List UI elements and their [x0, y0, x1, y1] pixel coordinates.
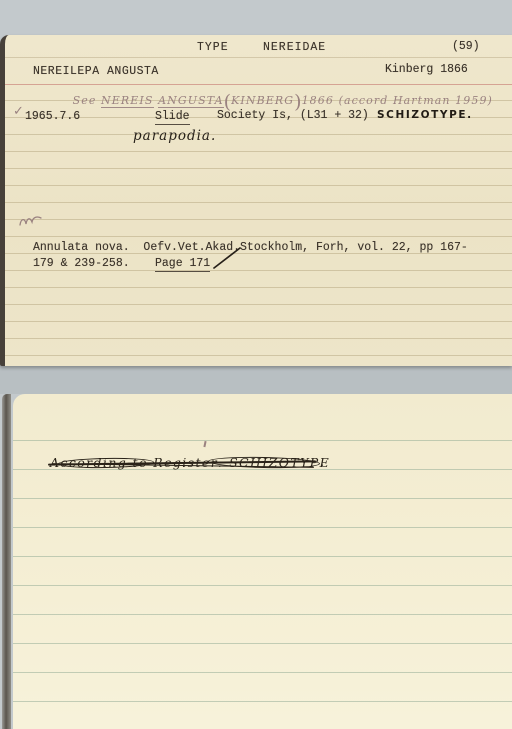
specimen-note: parapodia. [133, 128, 216, 144]
ruled-lines-back [13, 434, 512, 729]
trailing-period: . [320, 455, 324, 470]
card-gap-shadow [0, 365, 512, 394]
preparation-label: Slide [155, 110, 190, 125]
ruled-line [5, 57, 512, 58]
species-name: NEREILEPA ANGUSTA [33, 65, 159, 78]
synonym-suffix: 1866 (accord Hartman 1959) [302, 94, 493, 107]
back-card-left-edge [2, 394, 11, 729]
catalog-card-front: TYPE NEREIDAE (59) NEREILEPA ANGUSTA Kin… [0, 35, 512, 366]
card-number: (59) [452, 40, 480, 53]
catalog-card-back: According to Register: SCHIZOTYPE . [13, 394, 512, 729]
family-label: NEREIDAE [263, 41, 326, 54]
synonym-author: KINBERG [231, 94, 294, 107]
pencil-checkmark-icon: ✓ [13, 104, 24, 119]
registration-number: 1965.7.6 [25, 110, 80, 123]
author-year: Kinberg 1866 [385, 63, 468, 76]
scanned-catalog-cards: TYPE NEREIDAE (59) NEREILEPA ANGUSTA Kin… [0, 0, 512, 729]
struck-note: According to Register: SCHIZOTYPE . [50, 454, 330, 474]
page-reference: Page 171 [155, 257, 210, 272]
citation-line1: Annulata nova. Oefv.Vet.Akad.Stockholm, … [33, 241, 468, 254]
locality-text: Society Is, (L31 + 32) [217, 109, 369, 122]
synonym-genus: NEREIS [101, 94, 153, 108]
synonym-prefix: See [73, 94, 101, 107]
pencil-squiggle-icon [18, 214, 44, 229]
type-label: TYPE [197, 41, 229, 54]
ruled-lines-front [5, 95, 512, 364]
type-status-note: SCHIZOTYPE. [377, 109, 473, 121]
citation-line2: 179 & 239-258. [33, 257, 130, 270]
synonym-species: ANGUSTA [158, 94, 224, 108]
ink-slash-icon [210, 243, 244, 271]
